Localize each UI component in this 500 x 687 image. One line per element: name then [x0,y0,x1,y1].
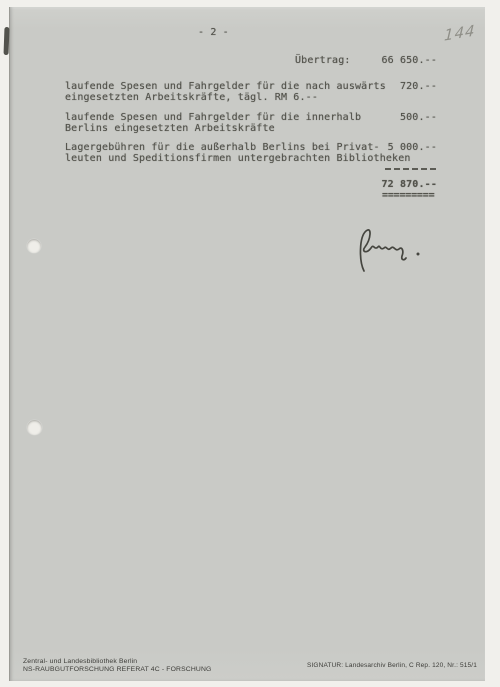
entry-line2: leuten und Speditionsfirmen untergebrach… [65,153,411,164]
total-amount: 72 870.-- [381,180,437,191]
punch-hole-bottom [27,420,42,435]
sum-rule [385,168,436,170]
archive-signature-reference: SIGNATUR: Landesarchiv Berlin, C Rep. 12… [307,662,477,669]
carryover-label: Übertrag: [295,56,351,67]
entry-line2: eingesetzten Arbeitskräfte, tägl. RM 6.-… [65,92,318,103]
punch-hole-top [27,239,41,253]
entry-line1: Lagergebühren für die außerhalb Berlins … [65,142,380,153]
expense-entry: Lagergebühren für die außerhalb Berlins … [65,143,411,164]
entry-amount: 500.-- [400,113,437,124]
entry-line1: laufende Spesen und Fahrgelder für die i… [65,112,361,123]
entry-amount: 720.-- [400,82,437,93]
library-footer: Zentral- und Landesbibliothek BerlinNS-R… [23,658,211,673]
entry-line2: Berlins eingesetzten Arbeitskräfte [65,123,275,134]
scan-edge-smudge [4,27,10,55]
handwritten-signature [348,225,432,273]
page-number: - 2 - [198,28,229,39]
library-department: NS-RAUBGUTFORSCHUNG REFERAT 4C - FORSCHU… [23,666,211,673]
scanned-document-frame: - 2 - 144 Übertrag: 66 650.-- laufende S… [0,0,500,687]
expense-entry: laufende Spesen und Fahrgelder für die n… [65,82,386,103]
entry-amount: 5 000.-- [388,143,437,154]
document-page [9,7,485,681]
carryover-amount: 66 650.-- [381,56,437,67]
expense-entry: laufende Spesen und Fahrgelder für die i… [65,113,361,134]
library-name: Zentral- und Landesbibliothek Berlin [23,658,137,665]
entry-line1: laufende Spesen und Fahrgelder für die n… [65,81,386,92]
total-double-rule: ========= [382,191,434,202]
